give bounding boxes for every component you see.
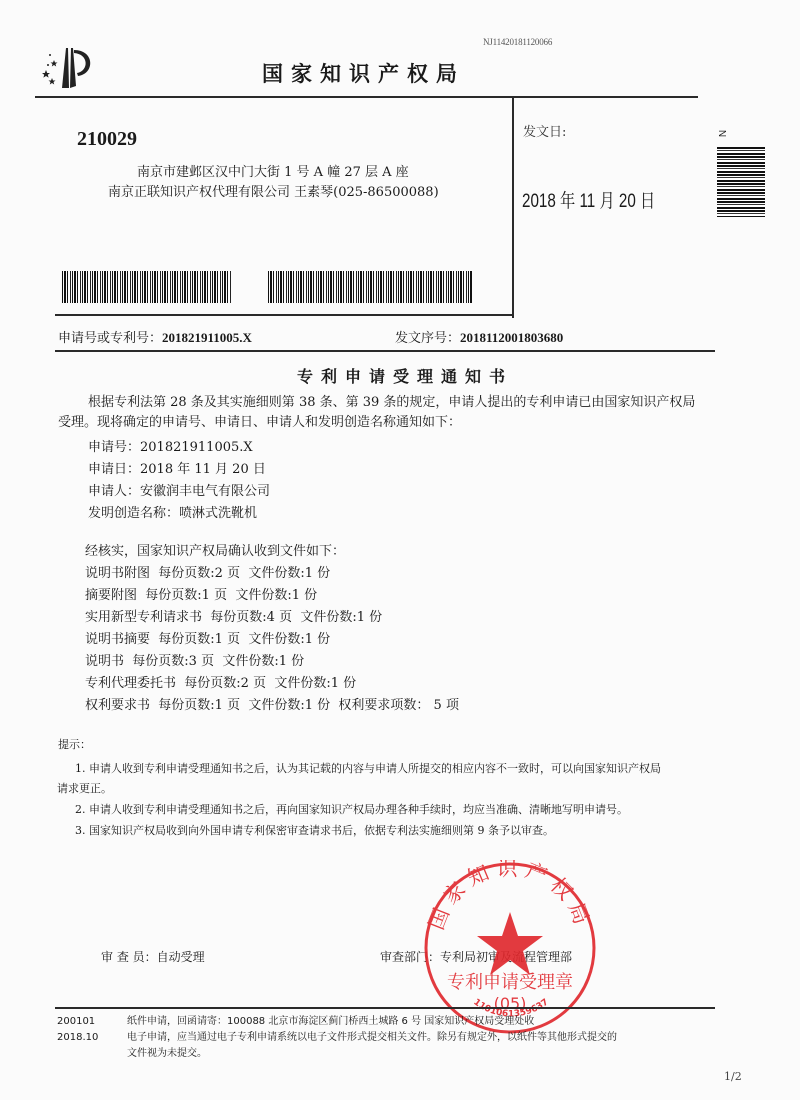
footer-divider [55,1007,715,1009]
send-date-value: 2018 年 11 月 20 日 [522,186,655,213]
notice-title: 专利申请受理通知书 [0,364,800,387]
address-box-divider [512,96,514,318]
footer-text: 纸件申请，回函请寄：100088 北京市海淀区蓟门桥西土城路 6 号 国家知识产… [127,1014,647,1062]
tips-title: 提示： [58,736,91,752]
info-value: 安徽润丰电气有限公司 [140,484,270,499]
postcode: 210029 [77,128,137,151]
file-pages: 每份页数:2 页 [184,676,266,691]
reviewer-label: 审 查 员： [101,950,157,964]
file-pages: 每份页数:1 页 [158,698,240,713]
serial-number-value: 2018112001803680 [460,330,563,345]
application-number-label: 申请号或专利号： [58,331,162,346]
file-row: 权利要求书 每份页数:1 页 文件份数:1 份 权利要求项数： 5 项 [85,694,459,713]
footer-code-2: 2018.10 [57,1030,98,1046]
file-row: 说明书摘要 每份页数:1 页 文件份数:1 份 [85,628,330,647]
serial-number-row: 发文序号：2018112001803680 [395,327,563,346]
footer-code-1: 200101 [57,1014,98,1030]
barcode-divider [55,314,513,316]
barcode-right [268,271,473,303]
info-applicant: 申请人：安徽润丰电气有限公司 [88,480,270,499]
address-line-1: 南京市建邺区汉中门大街 1 号 A 幢 27 层 A 座 [137,161,409,180]
intro-paragraph-line-1: 根据专利法第 28 条及其实施细则第 38 条、第 39 条的规定，申请人提出的… [88,393,695,413]
tip-1: 1. 申请人收到专利申请受理通知书之后，认为其记载的内容与申请人所提交的相应内容… [75,760,661,776]
address-line-2: 南京正联知识产权代理有限公司 王素琴(025-86500088) [108,181,439,200]
intro-paragraph-line-2: 受理。现将确定的申请号、申请日、申请人和发明创造名称通知如下： [58,413,461,433]
file-row: 说明书 每份页数:3 页 文件份数:1 份 [85,650,304,669]
serial-number-label: 发文序号： [395,331,460,346]
file-name: 说明书附图 [85,566,150,581]
send-date-label: 发文日: [523,121,566,140]
file-row: 摘要附图 每份页数:1 页 文件份数:1 份 [85,584,317,603]
file-copies: 文件份数:1 份 [300,610,382,625]
application-number-value: 201821911005.X [162,330,252,345]
info-label: 申请人： [88,484,140,499]
office-title: 国家知识产权局 [262,58,465,88]
file-pages: 每份页数:1 页 [158,632,240,647]
file-pages: 每份页数:2 页 [158,566,240,581]
reviewer-value: 自动受理 [157,950,205,964]
tip-3: 3. 国家知识产权局收到向外国申请专利保密审查请求书后，依据专利法实施细则第 9… [75,822,554,838]
file-pages: 每份页数:3 页 [132,654,214,669]
info-label: 发明创造名称： [88,506,179,521]
info-label: 申请日： [88,462,140,477]
star-icon [477,912,543,975]
footer-line-1: 纸件申请，回函请寄：100088 北京市海淀区蓟门桥西土城路 6 号 国家知识产… [127,1014,647,1030]
file-name: 权利要求书 [85,698,150,713]
footer-line-2: 电子申请，应当通过电子专利申请系统以电子文件形式提交相关文件。除另有规定外，以纸… [127,1030,647,1046]
file-row: 说明书附图 每份页数:2 页 文件份数:1 份 [85,562,330,581]
file-copies: 文件份数:1 份 [222,654,304,669]
info-value: 喷淋式洗靴机 [179,506,257,521]
file-row: 专利代理委托书 每份页数:2 页 文件份数:1 份 [85,672,356,691]
files-intro: 经核实，国家知识产权局确认收到文件如下： [85,540,345,559]
info-invention-title: 发明创造名称：喷淋式洗靴机 [88,502,257,521]
file-copies: 文件份数:1 份 [248,698,330,713]
numbers-divider [55,350,715,352]
file-name: 摘要附图 [85,588,137,603]
info-application-date: 申请日：2018 年 11 月 20 日 [88,458,266,477]
side-barcode-label: N [716,130,727,137]
stamp-center-text: 专利申请受理章 [447,972,573,993]
file-copies: 文件份数:1 份 [235,588,317,603]
file-name: 实用新型专利请求书 [85,610,202,625]
file-copies: 文件份数:1 份 [248,632,330,647]
info-application-number: 申请号：201821911005.X [88,436,253,455]
file-name: 专利代理委托书 [85,676,176,691]
official-seal-stamp: 国家知识产权局 专利申请受理章 (05) 1101061359637 [422,860,598,1036]
info-value: 2018 年 11 月 20 日 [140,462,266,477]
file-name: 说明书 [85,654,124,669]
file-copies: 文件份数:1 份 [274,676,356,691]
header-divider [35,96,698,98]
file-pages: 每份页数:4 页 [210,610,292,625]
application-number-row: 申请号或专利号：201821911005.X [58,327,252,346]
tip-1-continued: 请求更正。 [57,780,112,796]
footer-codes: 200101 2018.10 [57,1014,98,1046]
file-row: 实用新型专利请求书 每份页数:4 页 文件份数:1 份 [85,606,382,625]
file-copies: 文件份数:1 份 [248,566,330,581]
file-pages: 每份页数:1 页 [145,588,227,603]
page-number: 1/2 [724,1070,742,1083]
file-claims-count: 权利要求项数： 5 项 [338,698,459,713]
footer-line-3: 文件视为未提交。 [127,1046,647,1062]
barcode-left [62,271,232,303]
document-code: NJ11420181120066 [483,37,552,47]
info-value: 201821911005.X [140,440,253,455]
info-label: 申请号： [88,440,140,455]
reviewer-row: 审 查 员：自动受理 [101,948,205,965]
tip-2: 2. 申请人收到专利申请受理通知书之后，再向国家知识产权局办理各种手续时，均应当… [75,801,628,817]
cnipa-logo-icon [40,40,100,90]
file-name: 说明书摘要 [85,632,150,647]
side-barcode [717,147,765,217]
